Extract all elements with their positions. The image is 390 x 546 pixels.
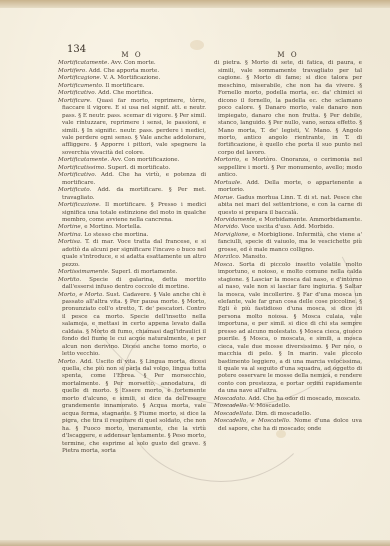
entry-headword: Mortificatissimo xyxy=(58,165,104,171)
entry-headword: Mortina xyxy=(58,232,81,238)
right-entries: di pietra. § Morto di sete, di fatica, d… xyxy=(214,60,362,433)
entry-headword: Moscadello, e Moscatello xyxy=(214,418,289,424)
entry-definition: . Gadus morhua Linn. T. di st. nat. Pesc… xyxy=(218,195,362,216)
entry-headword: Moscadellata xyxy=(214,411,252,417)
entry-headword: Mortisa xyxy=(58,239,80,245)
entry-headword: Mortito xyxy=(58,277,79,283)
entry-headword: Morto, e Morta xyxy=(58,292,102,298)
dictionary-entry: Mortina. Lo stesso che mortina. xyxy=(58,232,206,239)
entry-headword: Mortificamento xyxy=(58,83,102,89)
entry-definition: , e Mortino. Mortella. xyxy=(81,224,142,230)
page-bottom-edge xyxy=(0,540,390,546)
entry-headword: Mortifero xyxy=(58,68,85,74)
running-head-left: M O xyxy=(58,52,206,59)
running-head-right: M O xyxy=(214,52,362,59)
dictionary-entry: Mortuale. Add. Della morte, o appartenen… xyxy=(214,180,362,195)
entry-definition: . Voce uscita d'uso. Add. Morbido. xyxy=(238,224,334,230)
dictionary-entry: Morue. Gadus morhua Linn. T. di st. nat.… xyxy=(214,195,362,217)
entry-definition: . Superl. di mortificato. xyxy=(104,165,170,171)
entry-headword: Morvidamente xyxy=(214,217,255,223)
dictionary-entry: Mortificazione. Il mortificare. § Presso… xyxy=(58,202,206,224)
dictionary-entry: Mortificagione. V. A. Mortificazione. xyxy=(58,75,206,82)
dictionary-entry: Moscadellata. Dim. di moscadello. xyxy=(214,411,362,418)
dictionary-entry: Moscadello, e Moscatello. Nome d'una dol… xyxy=(214,418,362,433)
entry-headword: Moscadella xyxy=(214,403,246,409)
entry-headword: Mortificato xyxy=(58,187,90,193)
dictionary-entry: Morvido. Voce uscita d'uso. Add. Morbido… xyxy=(214,224,362,231)
entry-definition: . Avv. Con mortificazione. xyxy=(107,157,179,163)
entry-headword: Mortificare xyxy=(58,98,90,104)
entry-headword: Mortificativo xyxy=(58,90,95,96)
entry-headword: Mortificatamente xyxy=(58,157,107,163)
entry-headword: Mortuale xyxy=(214,180,240,186)
dictionary-entry: Mortisa. T. di mar. Voce tratta dal fran… xyxy=(58,239,206,269)
entry-definition: . Add. Della morte, o appartenente a mor… xyxy=(218,180,362,193)
entry-definition: . Lo stesso che mortina. xyxy=(81,232,149,238)
entry-headword: Mosca xyxy=(214,262,232,268)
entry-definition: . Add. Che apporta morte. xyxy=(85,68,159,74)
dictionary-entry: Mortificato. Add. da mortificare. § Per … xyxy=(58,187,206,202)
entry-definition: . T. di mar. Voce tratta dal francese, e… xyxy=(62,239,206,267)
dictionary-entry: Mortificatamente. Avv. Con morte. xyxy=(58,60,206,67)
entry-definition: . Il mortificare. xyxy=(102,83,145,89)
entry-definition: . Sust. Cadavere. § Vale anche chi è pas… xyxy=(62,292,206,358)
dictionary-entry: Mortificativo. Add. Che mortifica. xyxy=(58,90,206,97)
entry-headword: Mortissimamente xyxy=(58,269,108,275)
entry-headword: Mortificatamente xyxy=(58,60,107,66)
left-column: M O Mortificatamente. Avv. Con morte.Mor… xyxy=(58,52,206,455)
entry-headword: Mortificazione xyxy=(58,202,99,208)
dictionary-entry: Morviglione, e Morbiglione. Infermità, c… xyxy=(214,232,362,254)
entry-headword: Morto xyxy=(58,359,75,365)
entry-definition: . Add. Che mortifica. xyxy=(95,90,154,96)
entry-definition: . Add. Che ha odor di moscado, moscato. xyxy=(245,396,361,402)
entry-headword: Mortificativo xyxy=(58,172,95,178)
entry-headword: Morzilco xyxy=(214,254,239,260)
entry-definition: , e Mortòro. Onoranza, o cerimonia nel s… xyxy=(218,157,362,178)
entry-definition: , e Morbidamente. Ammorbidamente. xyxy=(255,217,362,223)
entry-headword: Mortificagione xyxy=(58,75,100,81)
dictionary-entry: Morvidamente, e Morbidamente. Ammorbidam… xyxy=(214,217,362,224)
dictionary-entry: Mortifero. Add. Che apporta morte. xyxy=(58,68,206,75)
dictionary-entry: Morto. Add. Uscito di vita. § Lingua mor… xyxy=(58,359,206,456)
page-top-edge xyxy=(0,0,390,8)
dictionary-entry: Mortine, e Mortino. Mortella. xyxy=(58,224,206,231)
entry-headword: Mortorio xyxy=(214,157,239,163)
dictionary-entry: Moscadato. Add. Che ha odor di moscado, … xyxy=(214,396,362,403)
entry-definition: . Superl. di mortamente. xyxy=(108,269,178,275)
entry-definition: . Avv. Con morte. xyxy=(107,60,155,66)
entry-headword: Morviglione xyxy=(214,232,248,238)
dictionary-entry: Moscadella. V. Moscadello. xyxy=(214,403,362,410)
entry-definition: . Dim. di moscadello. xyxy=(252,411,311,417)
entry-definition: . Specie di galarina, detta mortito dall… xyxy=(62,277,206,290)
entry-headword: Morue xyxy=(214,195,233,201)
dictionary-entry: Mortito. Specie di galarina, detta morti… xyxy=(58,277,206,292)
entry-headword: Mortine xyxy=(58,224,81,230)
entry-definition: . Sorta di piccolo insetto volatile molt… xyxy=(218,262,362,395)
dictionary-entry: Mortificare. Quasi far morto, reprimere,… xyxy=(58,98,206,158)
dictionary-entry: Mortissimamente. Superl. di mortamente. xyxy=(58,269,206,276)
dictionary-entry: Mortificamento. Il mortificare. xyxy=(58,83,206,90)
entry-definition: . V. A. Mortificazione. xyxy=(100,75,161,81)
left-entries: Mortificatamente. Avv. Con morte.Mortife… xyxy=(58,60,206,455)
entry-definition: . Add. Uscito di vita. § Lingua morta, d… xyxy=(62,359,206,454)
dictionary-entry: Morto, e Morta. Sust. Cadavere. § Vale a… xyxy=(58,292,206,359)
entry-definition: . Mansito. xyxy=(239,254,267,260)
dictionary-entry: Mortificatamente. Avv. Con mortificazion… xyxy=(58,157,206,164)
dictionary-page: 134 M O Mortificatamente. Avv. Con morte… xyxy=(0,0,390,546)
entry-definition: . Quasi far morto, reprimere, tòrre, fia… xyxy=(62,98,206,156)
dictionary-entry: Mosca. Sorta di piccolo insetto volatile… xyxy=(214,262,362,396)
dictionary-entry: Morzilco. Mansito. xyxy=(214,254,362,261)
entry-definition: . V. Moscadello. xyxy=(246,403,290,409)
dictionary-entry: di pietra. § Morto di sete, di fatica, d… xyxy=(214,60,362,157)
dictionary-entry: Mortorio, e Mortòro. Onoranza, o cerimon… xyxy=(214,157,362,179)
entry-headword: Morvido xyxy=(214,224,238,230)
right-column: M O di pietra. § Morto di sete, di fatic… xyxy=(214,52,362,433)
entry-headword: Moscadato xyxy=(214,396,245,402)
entry-definition: di pietra. § Morto di sete, di fatica, d… xyxy=(214,60,362,155)
dictionary-entry: Mortificativo. Add. Che ha virtù, e pote… xyxy=(58,172,206,187)
paper-stain xyxy=(190,40,204,50)
